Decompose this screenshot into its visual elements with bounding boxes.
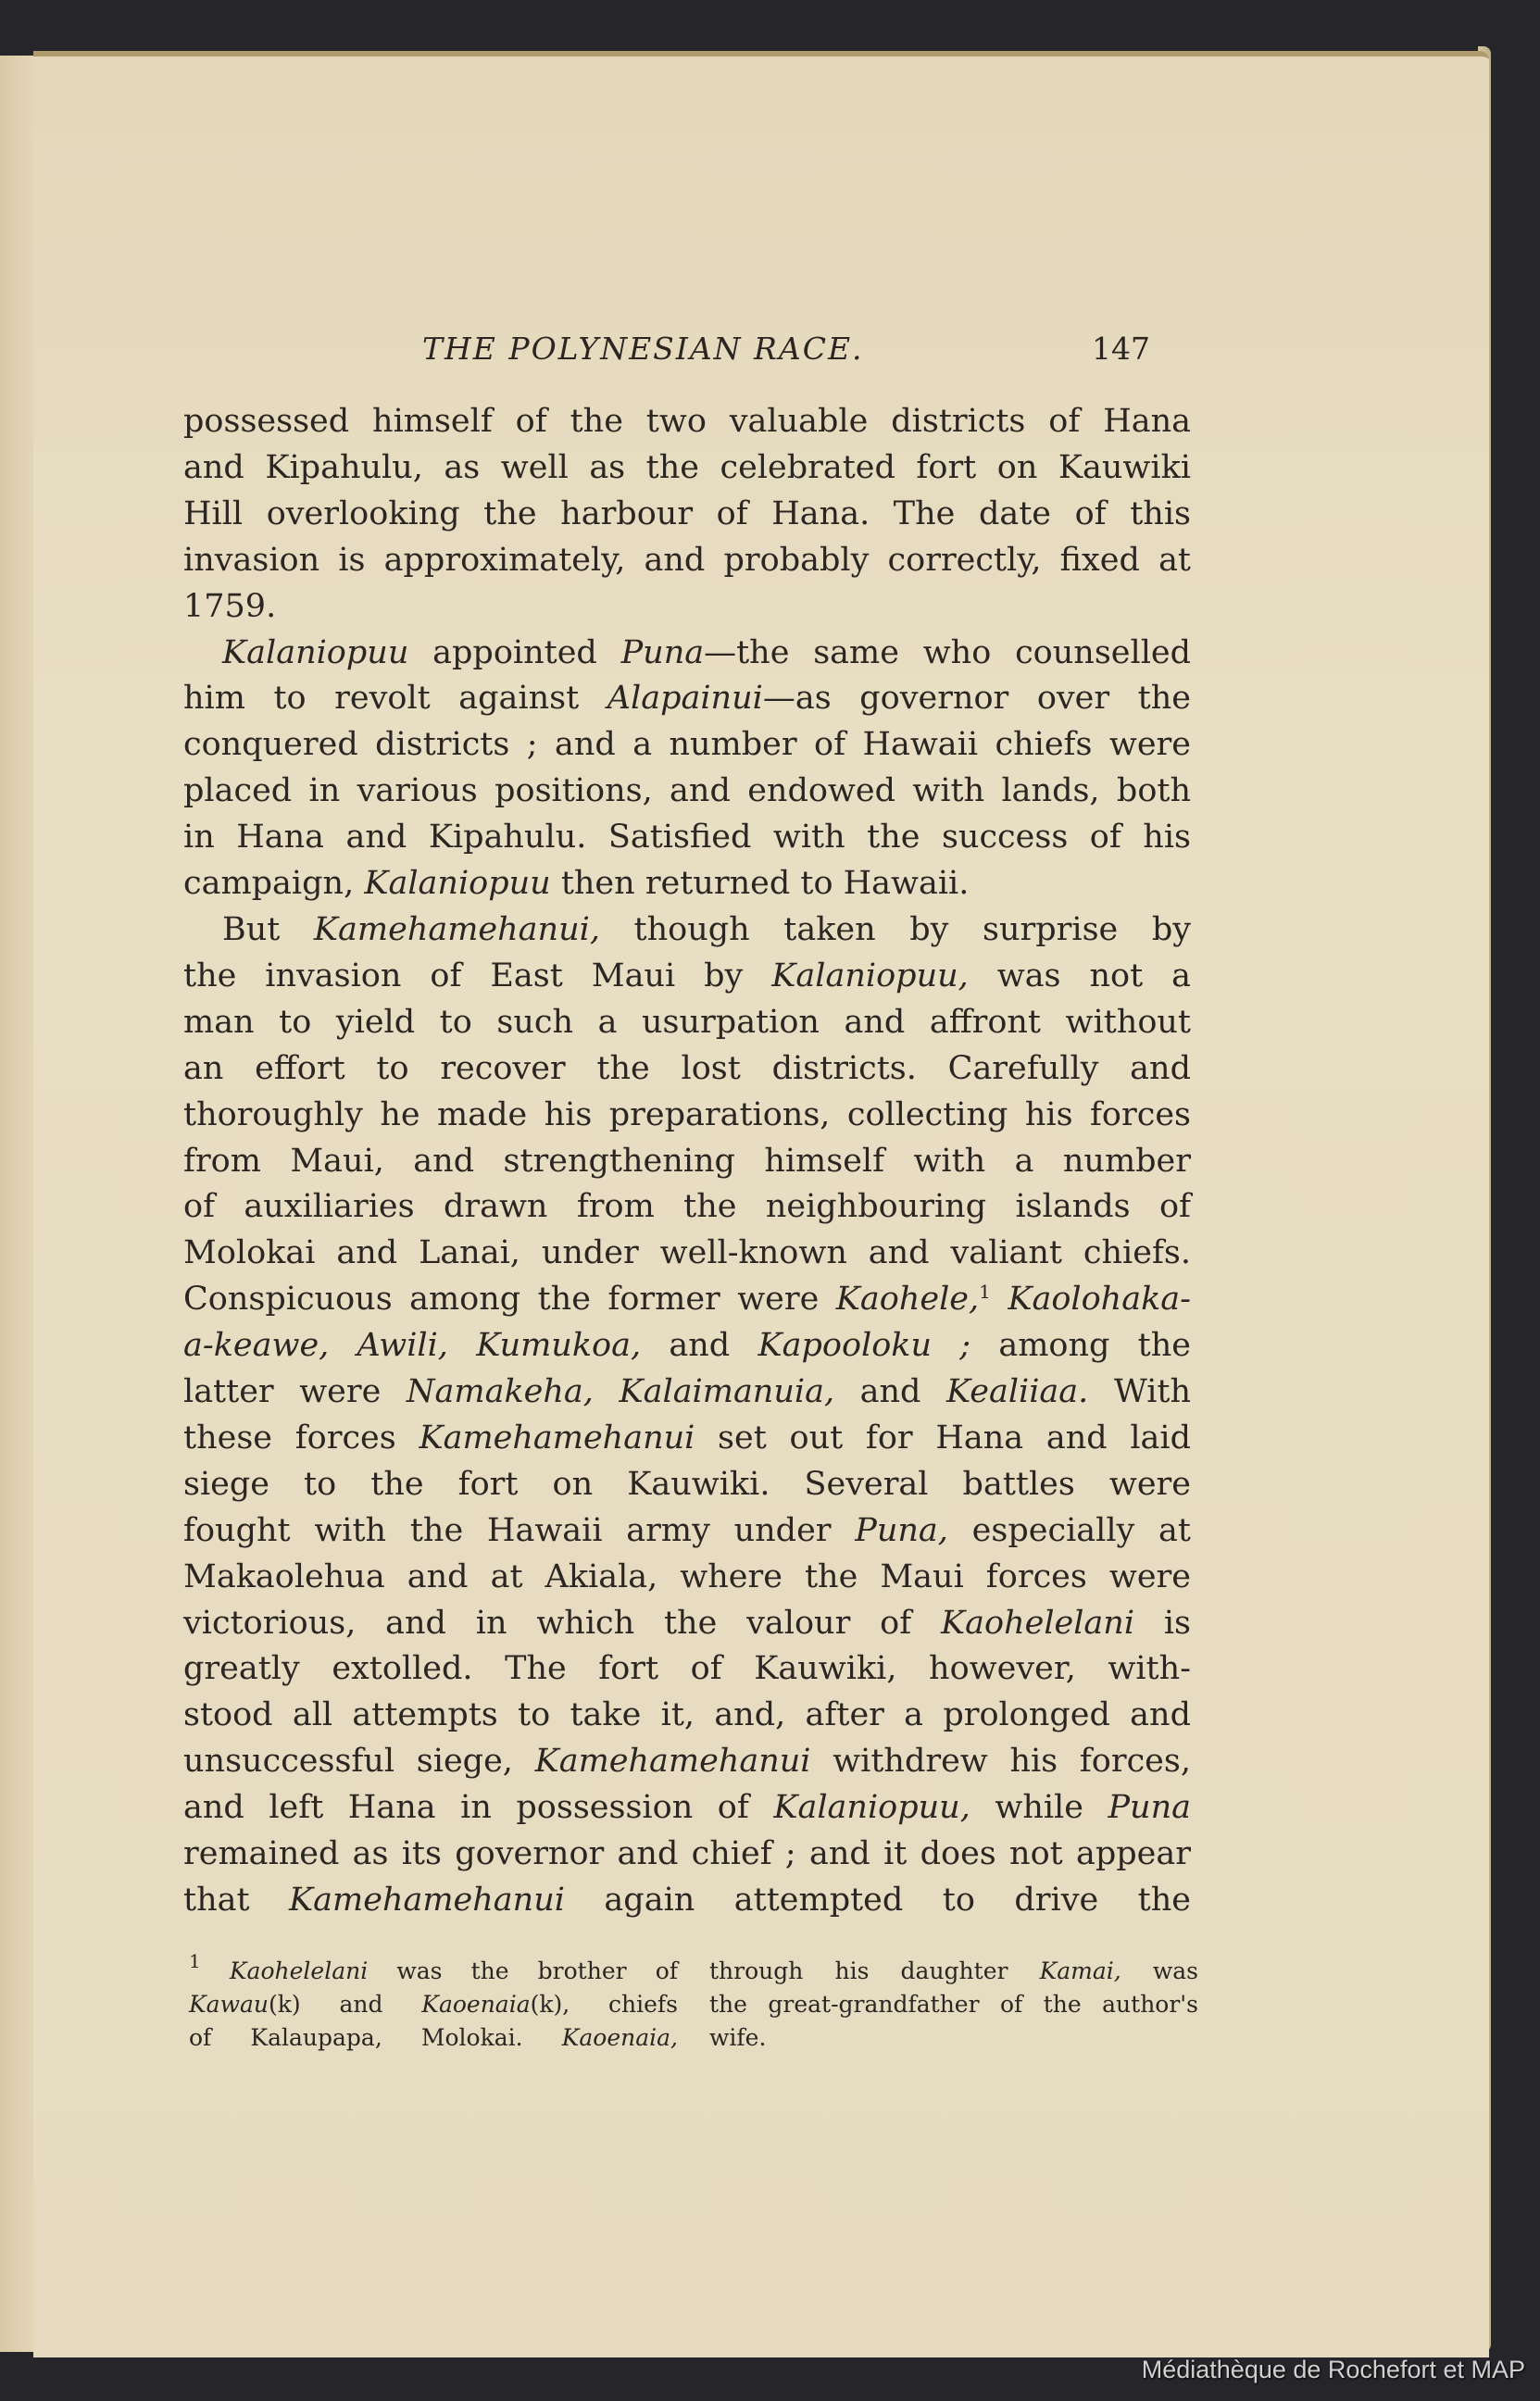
name-kealiiaa: Kealiiaa. <box>946 1373 1088 1410</box>
text-line: the invasion of East Maui by Kalaniopuu,… <box>183 954 1191 1000</box>
name-kumukoa: Kumukoa, <box>476 1327 641 1364</box>
footnote-column-2: through his daughter Kamai, was the grea… <box>709 1955 1198 2055</box>
text-line: a-keawe, Awili, Kumukoa, and Kapooloku ;… <box>183 1323 1191 1369</box>
text-line: victorious, and in which the valour of K… <box>183 1601 1191 1647</box>
footnote-line: through his daughter Kamai, was <box>709 1955 1198 1988</box>
footnote-column-1: 1 Kaohelelani was the brother of Kawau(k… <box>189 1955 678 2055</box>
text-line: and Kipahulu, as well as the celebrated … <box>183 445 1191 492</box>
name-puna: Puna <box>1108 1789 1192 1826</box>
page-number: 147 <box>1092 331 1150 367</box>
text-line: remained as its governor and chief ; and… <box>183 1832 1191 1878</box>
text-line: invasion is approximately, and probably … <box>183 538 1191 584</box>
text-line: Hill overlooking the harbour of Hana. Th… <box>183 492 1191 538</box>
name-keawe: a-keawe, <box>183 1327 329 1364</box>
text-line: of auxiliaries drawn from the neighbouri… <box>183 1184 1191 1231</box>
text-line: fought with the Hawaii army under Puna, … <box>183 1508 1191 1555</box>
name-kamai: Kamai, <box>1040 1957 1121 1984</box>
name-namakeha: Namakeha, <box>407 1373 594 1410</box>
footnote-line: Kawau(k) and Kaoenaia(k), chiefs <box>189 1988 678 2021</box>
text-line: greatly extolled. The fort of Kauwiki, h… <box>183 1646 1191 1693</box>
name-kamehamehanui: Kamehamehanui <box>289 1882 565 1919</box>
name-kalaimanuia: Kalaimanuia, <box>619 1373 834 1410</box>
text-line: campaign, Kalaniopuu then returned to Ha… <box>183 861 1191 907</box>
text-line: that Kamehamehanui again attempted to dr… <box>183 1878 1191 1924</box>
name-alapainui: Alapainui <box>607 680 763 717</box>
name-kamehamehanui: Kamehamehanui <box>535 1743 811 1780</box>
text-line: Conspicuous among the former were Kaohel… <box>183 1277 1191 1323</box>
name-awili: Awili, <box>357 1327 448 1364</box>
text-line: in Hana and Kipahulu. Satisfied with the… <box>183 815 1191 861</box>
running-head-title: THE POLYNESIAN RACE. <box>422 331 864 367</box>
footnote-line: of Kalaupapa, Molokai. Kaoenaia, <box>189 2021 678 2055</box>
text-line: these forces Kamehamehanui set out for H… <box>183 1416 1191 1462</box>
name-puna: Puna <box>621 634 705 671</box>
footnote-line: 1 Kaohelelani was the brother of <box>189 1955 678 1988</box>
footnote-marker: 1 <box>189 1950 201 1972</box>
text-line: conquered districts ; and a number of Ha… <box>183 722 1191 769</box>
text-line: siege to the fort on Kauwiki. Several ba… <box>183 1462 1191 1508</box>
name-kaohele: Kaohele, <box>836 1281 979 1318</box>
footnote: 1 Kaohelelani was the brother of Kawau(k… <box>189 1955 1198 2055</box>
text-line: possessed himself of the two valuable di… <box>183 399 1191 445</box>
footnote-line: the great-grandfather of the author's <box>709 1988 1198 2021</box>
text-line: an effort to recover the lost districts.… <box>183 1046 1191 1093</box>
book-page: THE POLYNESIAN RACE. 147 possessed himse… <box>33 51 1489 2357</box>
name-puna: Puna, <box>855 1512 948 1549</box>
text-line: thoroughly he made his preparations, col… <box>183 1093 1191 1139</box>
facing-page-edge <box>0 56 35 2352</box>
text-line: But Kamehamehanui, though taken by surpr… <box>183 907 1191 954</box>
name-kaohelelani: Kaohelelani <box>230 1957 368 1984</box>
text-line: placed in various positions, and endowed… <box>183 769 1191 815</box>
name-kalaniopuu: Kalaniopuu, <box>771 957 969 994</box>
text-line: Kalaniopuu appointed Puna—the same who c… <box>183 631 1191 677</box>
footnote-line: wife. <box>709 2021 1198 2055</box>
name-kalaniopuu: Kalaniopuu <box>222 634 408 671</box>
library-credit: Médiathèque de Rochefort et MAP <box>1142 2356 1525 2384</box>
name-kamehamehanui: Kamehamehanui, <box>314 911 600 948</box>
name-kamehamehanui: Kamehamehanui <box>419 1419 695 1457</box>
name-kawau: Kawau <box>189 1991 269 2018</box>
name-kaoenaia: Kaoenaia <box>421 1991 530 2018</box>
text-line: Molokai and Lanai, under well-known and … <box>183 1231 1191 1277</box>
text-line: 1759. <box>183 584 1191 631</box>
name-kaolohaka: Kaolohaka- <box>1008 1281 1191 1318</box>
text-line: from Maui, and strengthening himself wit… <box>183 1139 1191 1185</box>
name-kapooloku: Kapooloku ; <box>757 1327 970 1364</box>
text-line: man to yield to such a usurpation and af… <box>183 1000 1191 1046</box>
name-kaoenaia: Kaoenaia, <box>562 2024 678 2051</box>
name-kaohelelani: Kaohelelani <box>941 1605 1134 1642</box>
text-line: unsuccessful siege, Kamehamehanui withdr… <box>183 1739 1191 1785</box>
footnote-ref[interactable]: 1 <box>979 1281 991 1303</box>
text-line: and left Hana in possession of Kalaniopu… <box>183 1785 1191 1832</box>
name-kalaniopuu: Kalaniopuu <box>364 865 550 902</box>
text-line: Makaolehua and at Akiala, where the Maui… <box>183 1555 1191 1601</box>
name-kalaniopuu: Kalaniopuu, <box>773 1789 970 1826</box>
text-line: him to revolt against Alapainui—as gover… <box>183 676 1191 722</box>
body-text: possessed himself of the two valuable di… <box>183 399 1191 1924</box>
text-line: stood all attempts to take it, and, afte… <box>183 1693 1191 1739</box>
text-line: latter were Namakeha, Kalaimanuia, and K… <box>183 1369 1191 1416</box>
